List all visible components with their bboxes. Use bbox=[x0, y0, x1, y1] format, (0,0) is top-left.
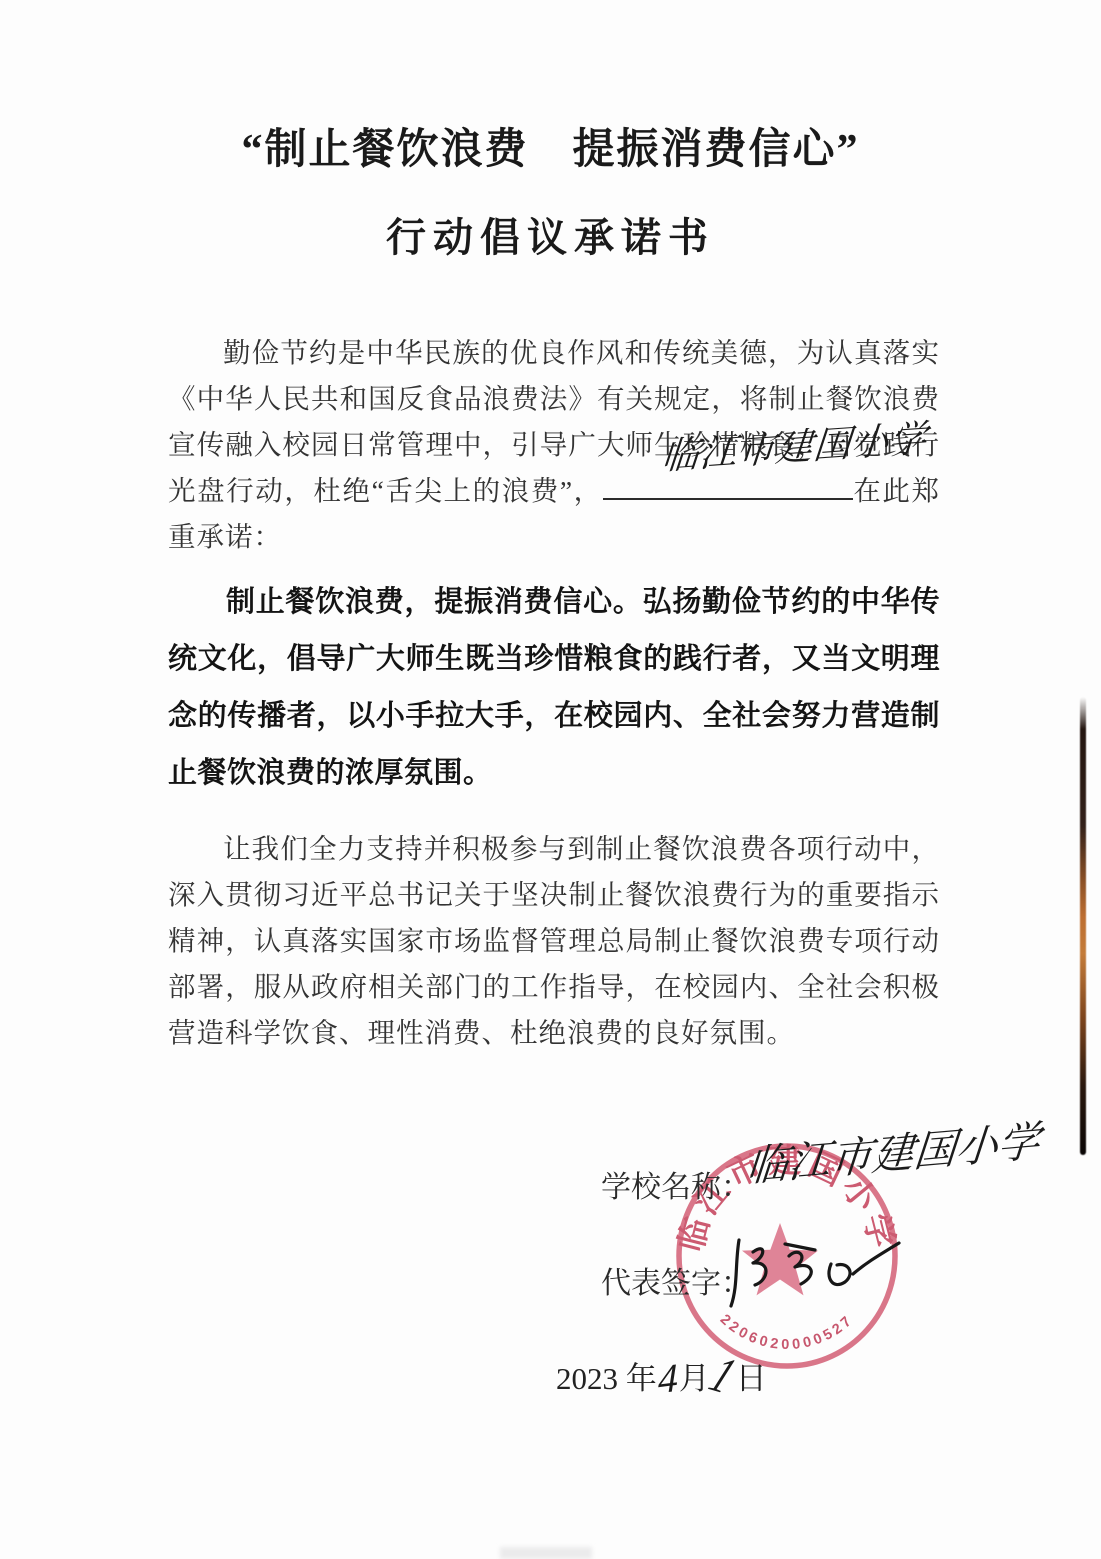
document-title-line2: 行动倡议承诺书 bbox=[0, 206, 1101, 263]
date-line: 2023 年4月1日 bbox=[556, 1352, 767, 1399]
representative-signature-line: 代表签字： bbox=[601, 1258, 751, 1302]
school-name-label: 学校名称： bbox=[601, 1171, 751, 1204]
date-month-handwriting: 4 bbox=[657, 1354, 678, 1404]
date-day-label: 日 bbox=[736, 1361, 767, 1396]
representative-signature-handwriting bbox=[723, 1230, 913, 1314]
document-title-line1: “制止餐饮浪费 提振消费信心” bbox=[0, 116, 1101, 176]
scanned-document-page: “制止餐饮浪费 提振消费信心” 行动倡议承诺书 勤俭节约是中华民族的优良作风和传… bbox=[0, 0, 1101, 1559]
paragraph-pledge: 制止餐饮浪费，提振消费信心。弘扬勤俭节约的中华传统文化，倡导广大师生既当珍惜粮食… bbox=[168, 574, 940, 802]
school-name-line: 学校名称： 临江市建国小学 bbox=[601, 1162, 751, 1206]
paragraph-intro: 勤俭节约是中华民族的优良作风和传统美德，为认真落实《中华人民共和国反食品浪费法》… bbox=[168, 330, 940, 560]
paragraph-action: 让我们全力支持并积极参与到制止餐饮浪费各项行动中，深入贯彻习近平总书记关于坚决制… bbox=[168, 826, 940, 1056]
school-name-blank-underline: 临江市建国小学 bbox=[603, 469, 853, 500]
date-year: 2023 年 bbox=[556, 1361, 657, 1396]
scan-smudge-artifact bbox=[500, 1547, 592, 1559]
scan-edge-artifact bbox=[1080, 697, 1086, 1155]
